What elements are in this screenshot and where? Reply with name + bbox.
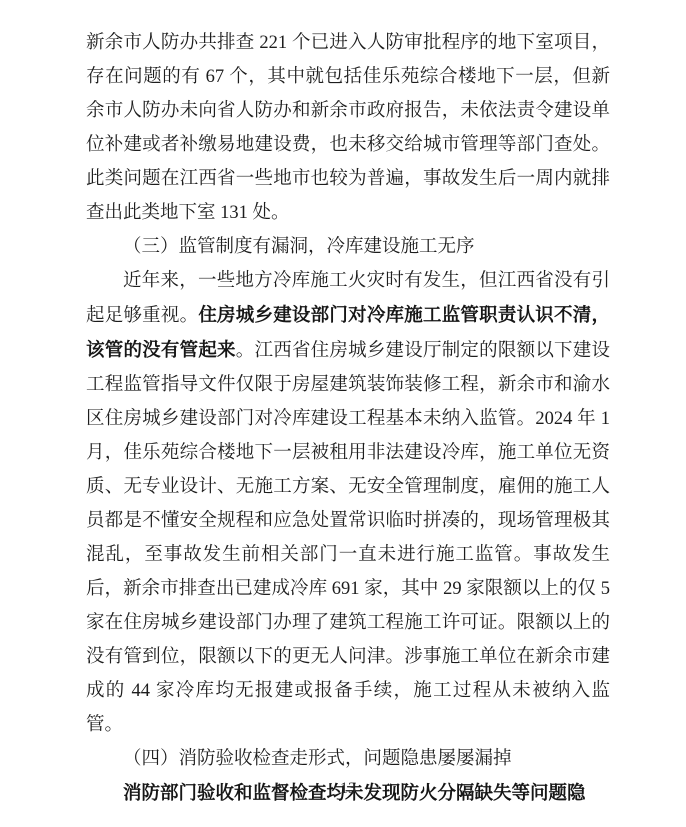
section-heading: （四）消防验收检查走形式，问题隐患屡屡漏掉 (86, 742, 610, 776)
document-content: 新余市人防办共排查 221 个已进入人防审批程序的地下室项目，存在问题的有 67… (86, 26, 610, 811)
page-footer: 13 (86, 778, 610, 800)
text-run: （三）监管制度有漏洞，冷库建设施工无序 (123, 237, 475, 257)
page-number: 13 (340, 780, 356, 797)
section-heading: （三）监管制度有漏洞，冷库建设施工无序 (86, 230, 610, 264)
text-run: 。江西省住房城乡建设厅制定的限额以下建设工程监管指导文件仅限于房屋建筑装饰装修工… (86, 341, 610, 735)
document-page: 新余市人防办共排查 221 个已进入人防审批程序的地下室项目，存在问题的有 67… (0, 0, 686, 827)
paragraph: 新余市人防办共排查 221 个已进入人防审批程序的地下室项目，存在问题的有 67… (86, 26, 610, 230)
text-run: 新余市人防办共排查 221 个已进入人防审批程序的地下室项目，存在问题的有 67… (86, 33, 610, 223)
text-run: （四）消防验收检查走形式，问题隐患屡屡漏掉 (123, 749, 512, 769)
paragraph: 近年来，一些地方冷库施工火灾时有发生，但江西省没有引起足够重视。住房城乡建设部门… (86, 264, 610, 742)
